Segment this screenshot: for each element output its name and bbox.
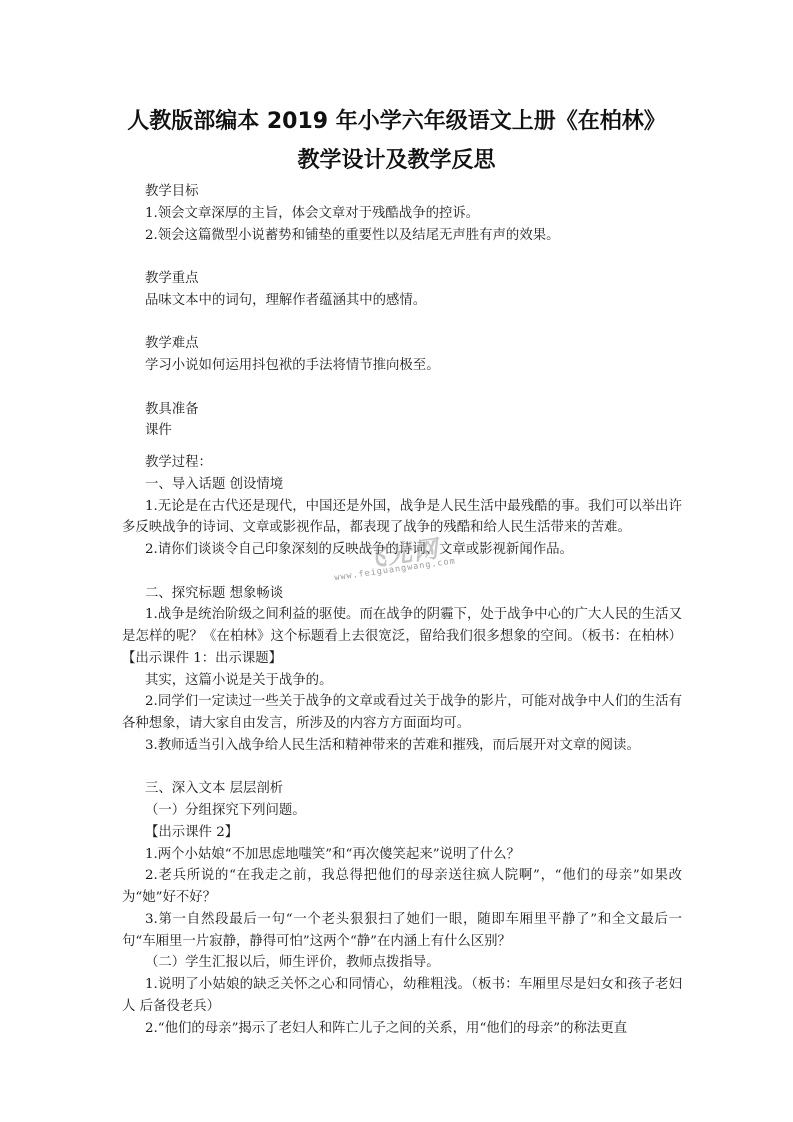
document-title-line2: 教学设计及教学反思 — [100, 143, 693, 174]
document-title-line1: 人教版部编本 2019 年小学六年级语文上册《在柏林》 — [100, 104, 693, 135]
process-part1-paragraph: 1.无论是在古代还是现代，中国还是外国，战争是人民生活中最残酷的事。我们可以举出… — [122, 496, 682, 540]
goal-item: 1.领会文章深厚的主旨，体会文章对于残酷战争的控诉。 — [122, 203, 682, 225]
blank-line — [122, 312, 682, 334]
blank-line — [122, 442, 682, 452]
question-item: 1.两个小姑娘“不加思虑地嗤笑”和“再次傻笑起来”说明了什么？ — [122, 844, 682, 866]
blank-line — [122, 246, 682, 268]
answer-item: 2.“他们的母亲”揭示了老妇人和阵亡儿子之间的关系，用“他们的母亲”的称法更直 — [122, 1018, 682, 1040]
blank-line — [122, 377, 682, 399]
section-heading-process: 教学过程： — [122, 452, 682, 474]
blank-line — [122, 757, 682, 779]
difficulties-text: 学习小说如何运用抖包袱的手法将情节推向极至。 — [122, 355, 682, 377]
section-heading-materials: 教具准备 — [122, 399, 682, 421]
process-part2-paragraph: 2.同学们一定读过一些关于战争的文章或看过关于战争的影片，可能对战争中人们的生活… — [122, 691, 682, 735]
key-points-text: 品味文本中的词句，理解作者蕴涵其中的感情。 — [122, 290, 682, 312]
process-part3-sub2: （二）学生汇报以后，师生评价，教师点拨指导。 — [122, 952, 682, 974]
document-body: 教学目标 1.领会文章深厚的主旨，体会文章对于残酷战争的控诉。 2.领会这篇微型… — [122, 181, 682, 1039]
section-heading-key-points: 教学重点 — [122, 268, 682, 290]
process-part3-sub1: （一）分组探究下列问题。 — [122, 800, 682, 822]
question-item: 3.第一自然段最后一句“一个老头狠狠扫了她们一眼，随即车厢里平静了”和全文最后一… — [122, 909, 682, 953]
document-page: 人教版部编本 2019 年小学六年级语文上册《在柏林》 教学设计及教学反思 教学… — [0, 0, 793, 1122]
section-heading-goals: 教学目标 — [122, 181, 682, 203]
process-part2-heading: 二、探究标题 想象畅谈 — [122, 583, 682, 605]
process-part1-paragraph: 2.请你们谈谈令自己印象深刻的反映战争的诗词、文章或影视新闻作品。 — [122, 539, 682, 561]
courseware-label: 【出示课件 2】 — [122, 822, 682, 844]
process-part3-heading: 三、深入文本 层层剖析 — [122, 778, 682, 800]
blank-line — [122, 561, 682, 583]
process-part2-paragraph: 1.战争是统治阶级之间利益的驱使。而在战争的阴霾下，处于战争中心的广大人民的生活… — [122, 604, 682, 669]
section-heading-difficulties: 教学难点 — [122, 333, 682, 355]
answer-item: 1.说明了小姑娘的缺乏关怀之心和同情心，幼稚粗浅。（板书：车厢里尽是妇女和孩子老… — [122, 974, 682, 1018]
process-part1-heading: 一、导入话题 创设情境 — [122, 474, 682, 496]
materials-text: 课件 — [122, 420, 682, 442]
process-part2-paragraph: 3.教师适当引入战争给人民生活和精神带来的苦难和摧残，而后展开对文章的阅读。 — [122, 735, 682, 757]
process-part2-paragraph: 其实，这篇小说是关于战争的。 — [122, 670, 682, 692]
question-item: 2.老兵所说的“在我走之前，我总得把他们的母亲送往疯人院啊”，“他们的母亲”如果… — [122, 865, 682, 909]
goal-item: 2.领会这篇微型小说蓄势和铺垫的重要性以及结尾无声胜有声的效果。 — [122, 225, 682, 247]
